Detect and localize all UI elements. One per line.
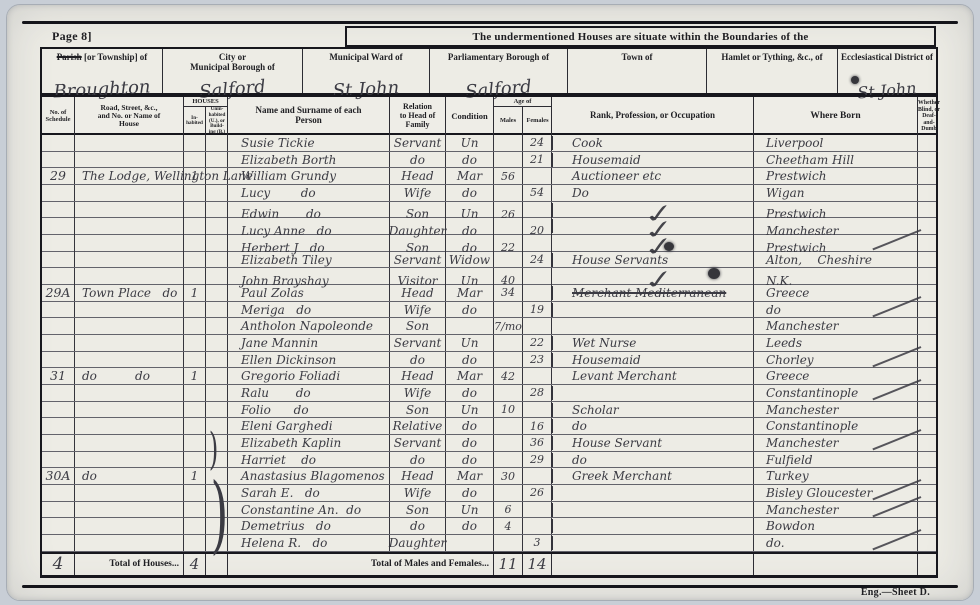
where-born: Leeds <box>766 337 802 349</box>
totals-females: 14 <box>523 554 552 575</box>
relation: Wife <box>404 387 432 399</box>
bottom-rule <box>22 585 958 588</box>
where-born: Chorley <box>766 354 814 366</box>
totals-houses-label: Total of Houses... <box>75 554 184 575</box>
ink-blot <box>664 242 674 251</box>
table-row: Sarah E. do Wife do 26 Bisley Gloucester <box>42 485 936 502</box>
header-schedule: No. of Schedule <box>42 97 75 136</box>
condition: Un <box>461 504 479 516</box>
person-name: Ellen Dickinson <box>241 354 336 366</box>
road-street: do <box>82 470 97 482</box>
person-name: Helena R. do <box>241 537 327 549</box>
condition: Un <box>461 137 479 149</box>
condition: Un <box>461 404 479 416</box>
header-occupation: Rank, Profession, or Occupation <box>552 97 754 136</box>
person-name: Folio do <box>241 404 309 416</box>
condition: do <box>462 420 477 432</box>
relation: Son <box>406 504 429 516</box>
relation: Head <box>401 470 433 482</box>
condition: do <box>462 520 477 532</box>
person-name: Eleni Garghedi <box>241 420 333 432</box>
table-row: Lucy do Wife do 54 Do Wigan <box>42 185 936 202</box>
relation: Head <box>401 170 433 182</box>
where-born: Bowdon <box>766 520 815 532</box>
header-uninhabited: Unin- habited (U.), or Build- ing (B.) <box>206 107 228 136</box>
census-scan-page: Page 8] The undermentioned Houses are si… <box>0 0 980 605</box>
table-header-row: No. of Schedule Road, Street, &c., and N… <box>40 95 938 135</box>
relation: Son <box>406 320 429 332</box>
where-born: Bisley Gloucester <box>766 487 872 499</box>
person-name: Harriet do <box>241 454 316 466</box>
jurisdiction-borough: City or Municipal Borough of Salford <box>163 49 303 93</box>
person-name: Jane Mannin <box>241 337 318 349</box>
table-row: Elizabeth Borth do do 21 Housemaid Cheet… <box>42 152 936 169</box>
where-born: Liverpool <box>766 137 823 149</box>
where-born: Wigan <box>766 187 805 199</box>
condition: Mar <box>457 370 482 382</box>
where-born: Manchester <box>766 437 839 449</box>
age-female: 23 <box>530 354 544 365</box>
page-label: Page 8] <box>52 29 92 44</box>
census-table: No. of Schedule Road, Street, &c., and N… <box>40 95 938 578</box>
condition: do <box>462 487 477 499</box>
houses-inhabited: 1 <box>191 370 199 382</box>
occupation: Do <box>572 187 589 199</box>
relation: Servant <box>394 337 442 349</box>
houses-inhabited: 1 <box>191 287 199 299</box>
header-inhabited: In- habited <box>184 107 206 136</box>
person-name: Demetrius do <box>241 520 331 532</box>
header-where-born: Where Born <box>754 97 918 136</box>
table-row: Edwin do Son Un 26 Prestwich <box>42 202 936 219</box>
table-row: Elizabeth Kaplin Servant do 36 House Ser… <box>42 435 936 452</box>
relation: Servant <box>394 254 442 266</box>
header-relation: Relation to Head of Family <box>390 97 446 136</box>
person-name: Paul Zolas <box>241 287 304 299</box>
occupation: do <box>572 454 587 466</box>
schedule-number: 30A <box>46 470 71 483</box>
age-female: 21 <box>530 154 544 165</box>
totals-males: 11 <box>494 554 523 575</box>
age-female: 3 <box>534 537 541 548</box>
age-female: 22 <box>530 337 544 348</box>
relation: do <box>410 354 425 366</box>
relation: Son <box>406 404 429 416</box>
person-name: Anastasius Blagomenos <box>241 470 385 482</box>
table-row: Harriet do do do 29 do Fulfield <box>42 452 936 469</box>
condition: do <box>462 387 477 399</box>
table-row: Meriga do Wife do 19 do <box>42 302 936 319</box>
table-row: Helena R. do Daughter 3 do. <box>42 535 936 552</box>
road-street: do do <box>82 370 150 382</box>
where-born: Fulfield <box>766 454 813 466</box>
age-male: 56 <box>501 171 515 182</box>
table-row: Herbert J do Son do 22 Prestwich <box>42 235 936 252</box>
occupation: Housemaid <box>572 354 641 366</box>
occupation: Housemaid <box>572 154 641 166</box>
where-born: Manchester <box>766 320 839 332</box>
totals-houses-value: 4 <box>184 554 206 575</box>
table-row: Jane Mannin Servant Un 22 Wet Nurse Leed… <box>42 335 936 352</box>
person-name: Elizabeth Kaplin <box>241 437 341 449</box>
where-born: Constantinople <box>766 387 858 399</box>
person-name: Constantine An. do <box>241 504 361 516</box>
condition: do <box>462 154 477 166</box>
header-road: Road, Street, &c., and No. or Name of Ho… <box>75 97 184 136</box>
schedule-number: 29A <box>46 287 71 300</box>
relation: Head <box>401 370 433 382</box>
condition: Mar <box>457 470 482 482</box>
occupation: Scholar <box>572 404 619 416</box>
condition: Mar <box>457 287 482 299</box>
age-female: 19 <box>530 304 544 315</box>
relation: do <box>410 154 425 166</box>
table-row: Elizabeth Tiley Servant Widow 24 House S… <box>42 252 936 269</box>
age-male: 10 <box>501 404 515 415</box>
table-row: Ralu do Wife do 28 Constantinople <box>42 385 936 402</box>
jurisdiction-parish: Parish [or Township] of Broughton <box>42 49 163 93</box>
person-name: Elizabeth Borth <box>241 154 336 166</box>
age-female: 26 <box>530 487 544 498</box>
where-born: do. <box>766 537 785 549</box>
table-row: Eleni Garghedi Relative do 16 do Constan… <box>42 418 936 435</box>
header-condition: Condition <box>446 97 494 136</box>
person-name: Susie Tickie <box>241 137 315 149</box>
where-born: Greece <box>766 370 809 382</box>
person-name: William Grundy <box>241 170 336 182</box>
occupation: Wet Nurse <box>572 337 636 349</box>
person-name: Antholon Napoleonde <box>241 320 373 332</box>
schedule-number: 31 <box>50 370 66 383</box>
where-born: Prestwich <box>766 170 826 182</box>
age-male: 6 <box>505 504 512 515</box>
relation: do <box>410 520 425 532</box>
jurisdiction-town: Town of <box>568 49 707 93</box>
condition: do <box>462 187 477 199</box>
age-male: 34 <box>501 287 515 298</box>
boundary-note: The undermentioned Houses are situate wi… <box>473 31 809 43</box>
relation: Wife <box>404 304 432 316</box>
where-born: Alton, Cheshire <box>766 254 872 266</box>
relation: Servant <box>394 437 442 449</box>
where-born: Turkey <box>766 470 809 482</box>
age-male: 30 <box>501 471 515 482</box>
age-female: 16 <box>530 421 544 432</box>
header-blind: Whether Blind, or Deaf- and-Dumb <box>918 97 940 136</box>
top-rule <box>22 21 958 24</box>
table-row: Lucy Anne do Daughter do 20 Manchester <box>42 218 936 235</box>
person-name: Gregorio Foliadi <box>241 370 340 382</box>
relation: Wife <box>404 187 432 199</box>
jurisdiction-hamlet: Hamlet or Tything, &c., of <box>707 49 838 93</box>
condition: do <box>462 454 477 466</box>
age-male: 42 <box>501 371 515 382</box>
ink-blot <box>851 76 859 84</box>
table-row: 30A do 1 Anastasius Blagomenos Head Mar … <box>42 468 936 485</box>
relation: Wife <box>404 487 432 499</box>
condition: do <box>462 437 477 449</box>
boundary-note-box: The undermentioned Houses are situate wi… <box>345 26 936 47</box>
ink-blot <box>708 268 720 279</box>
table-body: Susie Tickie Servant Un 24 Cook Liverpoo… <box>40 135 938 552</box>
where-born: Cheetham Hill <box>766 154 854 166</box>
table-row: Folio do Son Un 10 Scholar Manchester <box>42 402 936 419</box>
age-male: 7/mo <box>494 321 522 332</box>
person-name: Ralu do <box>241 387 311 399</box>
person-name: Lucy do <box>241 187 316 199</box>
person-name: Elizabeth Tiley <box>241 254 332 266</box>
relation: Daughter <box>389 537 447 549</box>
age-female: 24 <box>530 254 544 265</box>
where-born: Manchester <box>766 504 839 516</box>
person-name: Meriga do <box>241 304 311 316</box>
header-males: Males <box>494 107 523 136</box>
condition: Un <box>461 337 479 349</box>
header-females: Females <box>523 107 552 136</box>
table-row: Demetrius do do do 4 Bowdon <box>42 518 936 535</box>
condition: do <box>462 354 477 366</box>
occupation: Cook <box>572 137 603 149</box>
table-row: Constantine An. do Son Un 6 Manchester <box>42 502 936 519</box>
table-row: 29 The Lodge, Wellington Lane 1 William … <box>42 168 936 185</box>
jurisdiction-header: Parish [or Township] of Broughton City o… <box>40 47 938 95</box>
person-name: Sarah E. do <box>241 487 320 499</box>
condition: do <box>462 304 477 316</box>
table-row: Antholon Napoleonde Son 7/mo Manchester <box>42 318 936 335</box>
header-age-group: Age of Males Females <box>494 97 552 136</box>
where-born: Greece <box>766 287 809 299</box>
age-female: 24 <box>530 137 544 148</box>
occupation: House Servant <box>572 437 662 449</box>
table-row: 29A Town Place do 1 Paul Zolas Head Mar … <box>42 285 936 302</box>
occupation: do <box>572 420 587 432</box>
totals-row: 4 Total of Houses... 4 Total of Males an… <box>40 552 938 578</box>
houses-inhabited: 1 <box>191 470 199 482</box>
age-female: 54 <box>530 187 544 198</box>
age-male: 4 <box>505 521 512 532</box>
jurisdiction-ecclesiastical: Ecclesiastical District of St John <box>838 49 936 93</box>
where-born: Manchester <box>766 404 839 416</box>
condition: Mar <box>457 170 482 182</box>
relation: do <box>410 454 425 466</box>
table-row: 31 do do 1 Gregorio Foliadi Head Mar 42 … <box>42 368 936 385</box>
occupation: Greek Merchant <box>572 470 672 482</box>
jurisdiction-parliamentary: Parliamentary Borough of Salford <box>430 49 568 93</box>
table-row: John Brayshay Visitor Un 40 N.K. <box>42 268 936 285</box>
schedule-number: 29 <box>50 170 66 183</box>
sheet-label: Eng.—Sheet D. <box>861 587 930 598</box>
age-female: 28 <box>530 387 544 398</box>
age-female: 29 <box>530 454 544 465</box>
where-born: Constantinople <box>766 420 858 432</box>
totals-males-females-label: Total of Males and Females... <box>228 554 494 575</box>
header-name: Name and Surname of each Person <box>228 97 390 136</box>
occupation: House Servants <box>572 254 668 266</box>
condition: Widow <box>449 254 490 266</box>
occupation: Levant Merchant <box>572 370 677 382</box>
relation: Relative <box>393 420 443 432</box>
table-row: Susie Tickie Servant Un 24 Cook Liverpoo… <box>42 135 936 152</box>
where-born: do <box>766 304 781 316</box>
totals-schedule: 4 <box>42 554 75 575</box>
header-houses-group: HOUSES In- habited Unin- habited (U.), o… <box>184 97 228 136</box>
jurisdiction-ward: Municipal Ward of St John <box>303 49 430 93</box>
occupation: Auctioneer etc <box>572 170 661 182</box>
relation: Head <box>401 287 433 299</box>
table-row: Ellen Dickinson do do 23 Housemaid Chorl… <box>42 352 936 369</box>
occupation: Merchant Mediterranean <box>572 287 726 299</box>
age-female: 36 <box>530 437 544 448</box>
relation: Servant <box>394 137 442 149</box>
road-street: Town Place do <box>82 287 177 299</box>
